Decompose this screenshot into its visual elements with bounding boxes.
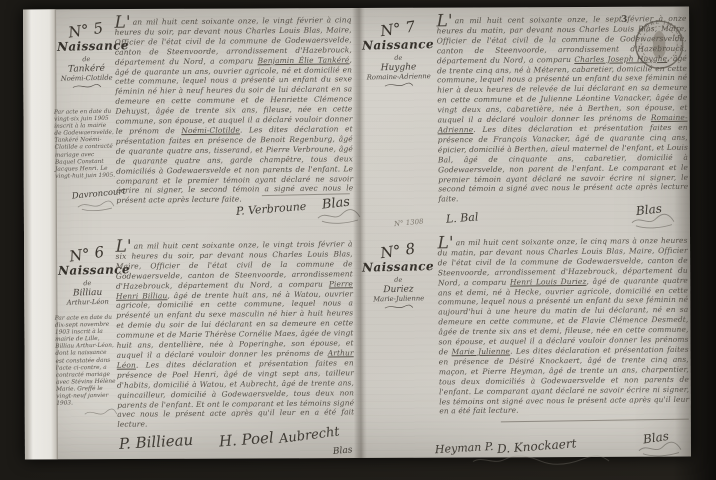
father-name: Benjamin Élie Tankéré bbox=[258, 55, 350, 65]
witness-signature: P. Billieau bbox=[118, 431, 193, 453]
pencil-scribble bbox=[471, 453, 611, 468]
mayor-signature: Blas bbox=[333, 445, 353, 457]
paraph-flourish bbox=[76, 199, 116, 211]
child-firstname-margin: Noémi-Clotilde bbox=[58, 74, 116, 83]
margin-notation: N° 1308 bbox=[394, 217, 424, 228]
child-name: Noémi-Clotilde bbox=[181, 125, 240, 135]
body-segment: , âgé de quarante un ans, ouvrier agrico… bbox=[115, 55, 353, 136]
paraph-flourish bbox=[637, 441, 683, 457]
paraph-flourish bbox=[316, 208, 362, 224]
swash-flourish bbox=[72, 83, 102, 90]
of-label: de bbox=[361, 53, 435, 63]
swash-flourish bbox=[384, 303, 414, 310]
child-firstname-margin: Marie-Julienne bbox=[361, 294, 437, 304]
of-label: de bbox=[57, 55, 115, 64]
body-segment: . Les dites déclaration et présentation … bbox=[438, 123, 689, 204]
child-firstname-margin: Arthur-Léon bbox=[59, 298, 117, 307]
of-label: de bbox=[58, 279, 116, 288]
father-name: Henri Louis Duriez bbox=[510, 276, 587, 286]
child-name: Marie Julienne bbox=[452, 347, 511, 357]
of-label: de bbox=[360, 275, 436, 285]
paraph-flourish bbox=[83, 407, 119, 419]
record-body: L'an mil huit cent soixante onze, le vin… bbox=[115, 239, 354, 430]
record5-margin-header: N° 5 Naissance de Tankéré Noémi-Clotilde bbox=[56, 21, 115, 90]
paraph-flourish bbox=[630, 213, 676, 229]
record-body: L'an mil huit cent soixante onze, le sep… bbox=[436, 14, 688, 205]
record-body: L'an mil huit cent soixante onze, le cin… bbox=[437, 236, 689, 417]
body-segment: L'an mil huit cent soixante onze, le vin… bbox=[116, 239, 353, 290]
record-body: L'an mil huit cent soixante onze, le vin… bbox=[114, 15, 353, 206]
child-firstname-margin: Romaine-Adrienne bbox=[362, 72, 436, 82]
body-segment: . Les dites déclaration et présentation … bbox=[117, 358, 354, 429]
witness-signature: H. Poel bbox=[218, 428, 274, 450]
record7-margin-header: N° 7 Naissance de Huyghe Romaine-Adrienn… bbox=[360, 19, 435, 89]
record6-margin-header: N° 6 Naissance de Billiau Arthur-Léon bbox=[58, 245, 117, 307]
register-scan-viewport: N° 5 Naissance de Tankéré Noémi-Clotilde… bbox=[0, 0, 716, 480]
father-name: Charles Joseph Huyghe bbox=[574, 54, 667, 64]
record8-margin-header: N° 8 Naissance de Duriez Marie-Julienne bbox=[359, 241, 436, 311]
swash-flourish bbox=[384, 81, 414, 88]
marriage-margin-note: Par acte en date du vingt-six juin 1905 … bbox=[54, 109, 115, 181]
register-scan-paper: N° 5 Naissance de Tankéré Noémi-Clotilde… bbox=[23, 7, 691, 460]
marriage-margin-note: Par acte en date du dix-sept novembre 19… bbox=[55, 315, 117, 408]
page-edge-strip bbox=[23, 9, 58, 459]
witness-signature: L. Bal bbox=[445, 210, 478, 225]
line-filler bbox=[501, 419, 689, 423]
